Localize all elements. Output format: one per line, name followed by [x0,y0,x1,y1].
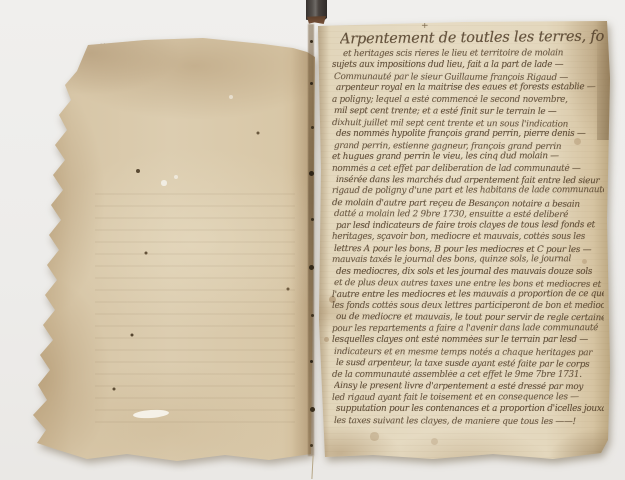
manuscript-line: arpenteur royal en la maitrise des eaues… [336,82,604,94]
manuscript-line: l'autre entre les mediocres et les mauva… [332,289,604,301]
manuscript-line: sujets aux impositions dud lieu, fait a … [332,60,604,71]
manuscript-line: de la communauté assemblée a cet effet l… [332,370,604,381]
manuscript-line: supputation pour les contenances et a pr… [336,404,604,415]
gutter-shading [313,20,329,462]
manuscript-line: rigaud de poligny d'une part et les habi… [332,185,604,197]
manuscript-line: et heritages scis rieres le lieu et terr… [343,48,604,60]
margin-stains [313,20,316,23]
manuscript-scan: 17 + Arpentement de toutles les terres, … [0,0,625,480]
right-page: + Arpentement de toutles les terres, fon… [313,20,611,462]
manuscript-line: nommés a cet effet par deliberation de l… [332,164,604,175]
manuscript-line: par lesd indicateurs de faire trois clay… [336,220,604,232]
manuscript-line: les fonds cottés sous deux lettres parti… [332,301,604,312]
manuscript-line: mil sept cent trente; et a esté finit su… [334,106,604,119]
manuscript-line: led rigaud ayant fait le toisement et en… [332,392,604,404]
manuscript-line: les taxes suivant les clayes, de maniere… [334,416,604,429]
manuscript-line: des nommés hypolite françois grand perri… [336,129,604,140]
manuscript-line: et hugues grand perrin le vieu, les cinq… [332,151,604,163]
manuscript-line: des mediocres, dix sols et les journal d… [336,267,604,278]
manuscript-line: mauvais taxés le journal des bons, quinz… [332,254,604,266]
manuscript-line: heritages, sçavoir bon, mediocre et mauv… [332,232,604,243]
right-page-shadow-wrapper: + Arpentement de toutles les terres, fon… [0,0,625,480]
manuscript-line: pour les repartements a faire a l'avenir… [332,323,604,335]
manuscript-line: a poligny; lequel a esté commencé le sec… [332,95,604,106]
manuscript-title-line: Arpentement de toutles les terres, fonds… [340,29,604,48]
manuscript-text-block: Arpentement de toutles les terres, fonds… [332,30,604,427]
manuscript-body: et heritages scis rieres le lieu et terr… [332,49,604,427]
manuscript-line: lesquelles clayes ont esté nommées sur l… [332,335,604,346]
